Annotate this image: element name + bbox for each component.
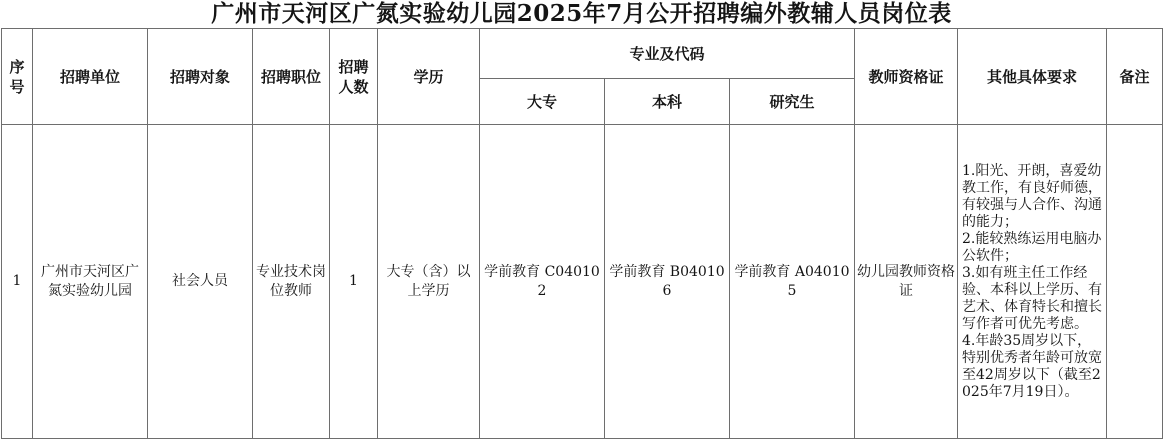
header-position: 招聘职位 [253, 29, 330, 125]
cell-seq: 1 [2, 125, 33, 439]
cell-education: 大专（含）以上学历 [378, 125, 480, 439]
header-major-bachelor: 本科 [605, 79, 730, 125]
cell-major-college: 学前教育 C040102 [480, 125, 605, 439]
requirement-item-2: 2.能较熟练运用电脑办公软件； [962, 231, 1102, 265]
requirement-item-4: 4.年龄35周岁以下，特别优秀者年龄可放宽至42周岁以下（截至2025年7月19… [962, 333, 1102, 401]
requirement-item-3: 3.如有班主任工作经验、本科以上学历、有艺术、体育特长和擅长写作者可优先考虑。 [962, 265, 1102, 333]
cell-major-postgraduate: 学前教育 A040105 [730, 125, 855, 439]
cell-major-bachelor: 学前教育 B040106 [605, 125, 730, 439]
header-teacher-certificate: 教师资格证 [855, 29, 958, 125]
table-row: 1 广州市天河区广氮实验幼儿园 社会人员 专业技术岗位教师 1 大专（含）以上学… [2, 125, 1163, 439]
cell-remark [1107, 125, 1163, 439]
cell-other-requirements: 1.阳光、开朗，喜爱幼教工作，有良好师德，有较强与人合作、沟通的能力； 2.能较… [958, 125, 1107, 439]
cell-recruitment-target: 社会人员 [148, 125, 253, 439]
header-recruiting-unit: 招聘单位 [33, 29, 148, 125]
cell-teacher-certificate: 幼儿园教师资格证 [855, 125, 958, 439]
header-major-and-code-group: 专业及代码 [480, 29, 855, 79]
header-recruitment-target: 招聘对象 [148, 29, 253, 125]
cell-recruiting-unit: 广州市天河区广氮实验幼儿园 [33, 125, 148, 439]
cell-headcount: 1 [330, 125, 378, 439]
header-headcount: 招聘人数 [330, 29, 378, 125]
header-seq: 序号 [2, 29, 33, 125]
table-header: 序号 招聘单位 招聘对象 招聘职位 招聘人数 学历 专业及代码 教师资格证 其他… [2, 29, 1163, 125]
header-major-college: 大专 [480, 79, 605, 125]
cell-position: 专业技术岗位教师 [253, 125, 330, 439]
job-positions-table: 序号 招聘单位 招聘对象 招聘职位 招聘人数 学历 专业及代码 教师资格证 其他… [1, 28, 1163, 439]
header-row-1: 序号 招聘单位 招聘对象 招聘职位 招聘人数 学历 专业及代码 教师资格证 其他… [2, 29, 1163, 79]
requirement-item-1: 1.阳光、开朗，喜爱幼教工作，有良好师德，有较强与人合作、沟通的能力； [962, 163, 1102, 231]
header-major-postgraduate: 研究生 [730, 79, 855, 125]
table-body: 1 广州市天河区广氮实验幼儿园 社会人员 专业技术岗位教师 1 大专（含）以上学… [2, 125, 1163, 439]
header-other-requirements: 其他具体要求 [958, 29, 1107, 125]
header-remark: 备注 [1107, 29, 1163, 125]
job-posting-page: 广州市天河区广氮实验幼儿园2025年7月公开招聘编外教辅人员岗位表 序号 招聘单… [0, 0, 1173, 439]
page-title: 广州市天河区广氮实验幼儿园2025年7月公开招聘编外教辅人员岗位表 [0, 0, 1163, 28]
header-education: 学历 [378, 29, 480, 125]
